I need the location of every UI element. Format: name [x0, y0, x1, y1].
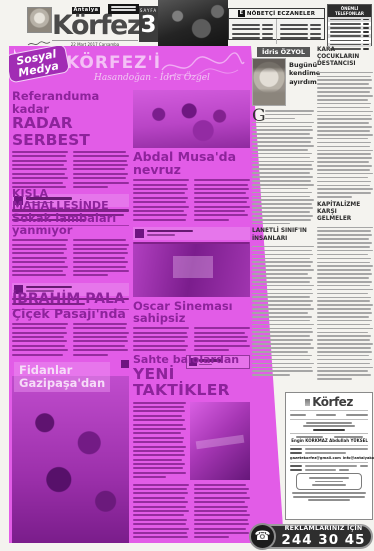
article-headline-line2: Çiçek Pasajı'nda — [12, 307, 129, 320]
newspaper-logo: Körfez — [52, 12, 138, 39]
editorial-cartoon-image — [158, 0, 228, 46]
subhead: LANETLİ SINIF'IN İNSANLARI — [252, 228, 314, 242]
social-media-highlight-overlay: ✶ Sosyal Medya KÖRFEZ'İ Hasandoğan - İdr… — [6, 46, 286, 543]
phone-row — [290, 452, 368, 454]
nevruz-crowd-photo — [133, 90, 250, 148]
important-phones-box: ÖNEMLİ TELEFONLAR — [327, 4, 372, 46]
kunye-logo: Körfez — [290, 396, 368, 408]
body-text — [133, 402, 186, 481]
page-number: 3 — [139, 13, 158, 38]
saplings-photo — [12, 376, 129, 543]
article-pala: İBRAHİM PALA Çiçek Pasajı'nda — [12, 292, 129, 368]
body-text — [133, 484, 250, 541]
newspaper-page-3: Antalya Körfez 22 Mart 2017 Çarşamba SAY… — [0, 0, 374, 551]
social-post-embed — [133, 227, 250, 240]
pharmacies-header: E NÖBETÇİ ECZANELER — [229, 9, 324, 19]
article-headline: RADAR SERBEST — [12, 115, 129, 148]
body-text — [133, 327, 250, 353]
banner-title: KÖRFEZ'İ — [66, 53, 161, 73]
page-number-box: SAYFA 3 — [139, 6, 158, 42]
address-row — [290, 448, 368, 450]
subscription-row — [290, 469, 368, 471]
article-headline: Fidanlar Gazipaşa'dan — [14, 362, 110, 392]
advertising-phone-badge: ☎ REKLAMLARINIZ İÇİN 244 30 45 — [252, 524, 373, 549]
staff-names: Engin KORKMAZ Abdullah YÜKSEL — [290, 436, 368, 443]
print-info-row — [290, 465, 368, 467]
pharmacy-list-right — [277, 19, 324, 44]
article-headline: Sokak lambaları yanmıyor — [12, 212, 129, 236]
subhead: KARA ÇOCUKLARIN DESTANCISI — [317, 47, 373, 69]
car-dashboard-photo — [190, 402, 250, 480]
telephone-icon: ☎ — [249, 523, 276, 550]
opinion-subcolumn-right: KARA ÇOCUKLARIN DESTANCISI KAPİTALİZME K… — [317, 47, 373, 382]
phones-title: ÖNEMLİ TELEFONLAR — [328, 5, 371, 17]
article-headline: YENİ TAKTİKLER — [133, 366, 250, 399]
dropcap: G — [252, 108, 266, 125]
email-left: gazetekorfez@gmail.com — [290, 456, 341, 460]
masthead-info-box: Körfez Engin KORKMAZ Abdullah YÜKSEL gaz… — [285, 392, 373, 520]
article-kicker: KIŞLA MAHALLESİNDE — [12, 188, 129, 212]
body-text — [317, 72, 373, 198]
ad-phone-number: 244 30 45 — [276, 533, 371, 547]
body-text — [252, 122, 314, 225]
body-text — [252, 246, 314, 376]
founder-portrait — [27, 7, 52, 40]
portrait-image — [27, 7, 52, 33]
email-row: gazetekorfez@gmail.com info@antalyakorfe… — [290, 456, 368, 460]
article-fidan: Fidanlar Gazipaşa'dan — [12, 362, 129, 543]
opinion-subcolumn-left: G LANETLİ SINIF'IN İNSANLARI — [252, 110, 314, 378]
sosyal-medya-badge: ✶ Sosyal Medya — [5, 43, 70, 83]
article-headline: Oscar Sineması sahipsiz — [133, 300, 250, 324]
notice-minibox — [296, 473, 362, 491]
body-text — [317, 227, 373, 380]
columnist-name: İdris ÖZYOL — [257, 47, 310, 57]
fine-print — [290, 492, 368, 501]
avatar-icon — [135, 229, 144, 238]
article-nevruz: Abdal Musa'da nevruz — [133, 150, 250, 254]
issue-info-row — [290, 413, 368, 417]
duty-pharmacies-box: E NÖBETÇİ ECZANELER — [228, 8, 325, 40]
columnist-photo — [252, 58, 286, 106]
article-headline-line1: İBRAHİM PALA — [12, 292, 129, 307]
phones-rows — [328, 17, 371, 51]
article-kicker: Referanduma kadar — [12, 90, 129, 115]
body-text — [12, 239, 129, 279]
pharmacy-e-icon: E — [238, 10, 245, 17]
banner-credit: Hasandoğan - İdris Özgel — [94, 73, 210, 83]
cinema-photo — [133, 244, 250, 297]
body-text — [265, 110, 314, 119]
date-line: 22 Mart 2017 Çarşamba — [52, 40, 138, 47]
pharmacies-title: NÖBETÇİ ECZANELER — [247, 11, 315, 17]
body-text — [12, 323, 129, 358]
email-right: info@antalyakorfez.com — [343, 456, 374, 460]
subhead: KAPİTALİZME KARŞI GELMELER — [317, 202, 373, 224]
column-title: Bugünü kendime ayırdım — [289, 61, 317, 86]
body-text — [133, 179, 250, 223]
slogan-box — [108, 4, 139, 14]
staff-name-right: Abdullah YÜKSEL — [329, 438, 368, 444]
mini-portrait-icon — [305, 399, 310, 406]
staff-name-left: Engin KORKMAZ — [290, 438, 329, 444]
article-balo: Sahte balolardan YENİ TAKTİKLER — [133, 354, 250, 541]
article-headline: Abdal Musa'da nevruz — [133, 150, 250, 176]
body-text — [12, 151, 129, 191]
pharmacy-list-left — [229, 19, 277, 44]
